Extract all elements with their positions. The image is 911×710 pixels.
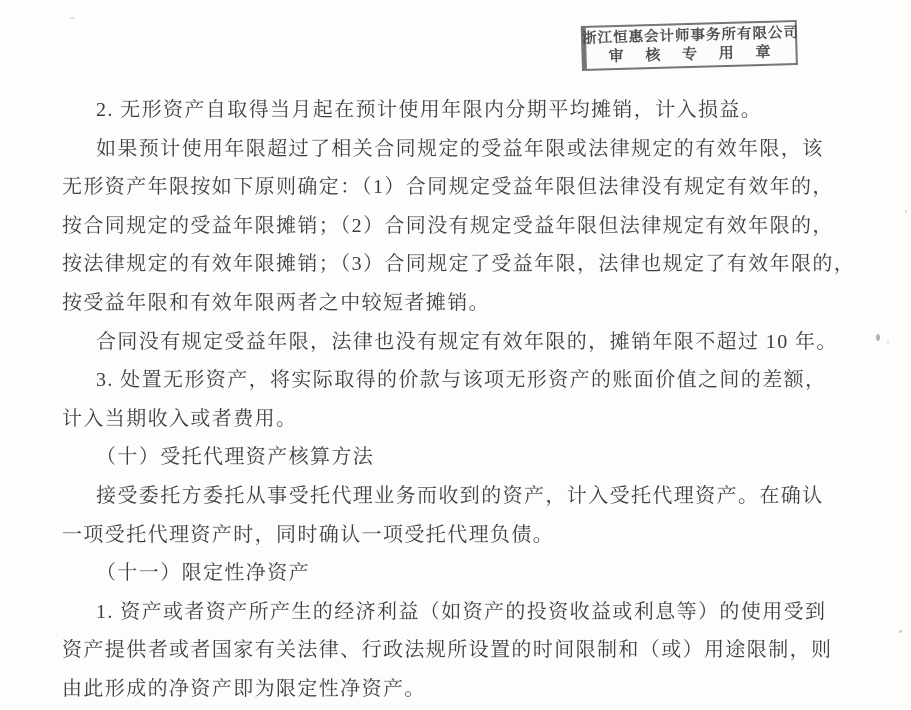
- scan-noise-speck: [905, 210, 907, 213]
- text-line: 按受益年限和有效年限两者之中较短者摊销。: [62, 284, 862, 323]
- text-line: 由此形成的净资产即为限定性净资产。: [62, 670, 862, 709]
- text-line: 1. 资产或者资产所产生的经济利益（如资产的投资收益或利息等）的使用受到: [62, 593, 862, 632]
- text-line: 2. 无形资产自取得当月起在预计使用年限内分期平均摊销，计入损益。: [62, 91, 862, 130]
- audit-stamp: 浙江恒惠会计师事务所有限公司 审 核 专 用 章: [581, 20, 798, 71]
- scan-noise-speck: [899, 630, 902, 633]
- document-body: 2. 无形资产自取得当月起在预计使用年限内分期平均摊销，计入损益。 如果预计使用…: [62, 91, 862, 709]
- text-line: 计入当期收入或者费用。: [62, 400, 862, 439]
- text-line: 按合同规定的受益年限摊销；（2）合同没有规定受益年限但法律规定有效年限的，: [62, 207, 862, 246]
- text-line: 无形资产年限按如下原则确定：（1）合同规定受益年限但法律没有规定有效年的，: [62, 168, 862, 207]
- text-line: （十一）限定性净资产: [62, 554, 862, 593]
- scan-noise-speck: [876, 334, 880, 341]
- text-line: 按法律规定的有效年限摊销；（3）合同规定了受益年限，法律也规定了有效年限的，: [62, 245, 862, 284]
- stamp-seal-label: 审 核 专 用 章: [602, 43, 779, 66]
- scan-noise-speck: [887, 341, 889, 343]
- text-line: 如果预计使用年限超过了相关合同规定的受益年限或法律规定的有效年限，该: [62, 130, 862, 169]
- scan-noise-speck: [70, 17, 75, 19]
- text-line: 接受委托方委托从事受托代理业务而收到的资产，计入受托代理资产。在确认: [62, 477, 862, 516]
- scanned-document-page: 浙江恒惠会计师事务所有限公司 审 核 专 用 章 2. 无形资产自取得当月起在预…: [0, 0, 911, 710]
- text-line: （十）受托代理资产核算方法: [62, 438, 862, 477]
- text-line: 3. 处置无形资产，将实际取得的价款与该项无形资产的账面价值之间的差额，: [62, 361, 862, 400]
- text-line: 一项受托代理资产时，同时确认一项受托代理负债。: [62, 516, 862, 555]
- text-line: 合同没有规定受益年限，法律也没有规定有效年限的，摊销年限不超过 10 年。: [62, 323, 862, 362]
- text-line: 资产提供者或者国家有关法律、行政法规所设置的时间限制和（或）用途限制，则: [62, 631, 862, 670]
